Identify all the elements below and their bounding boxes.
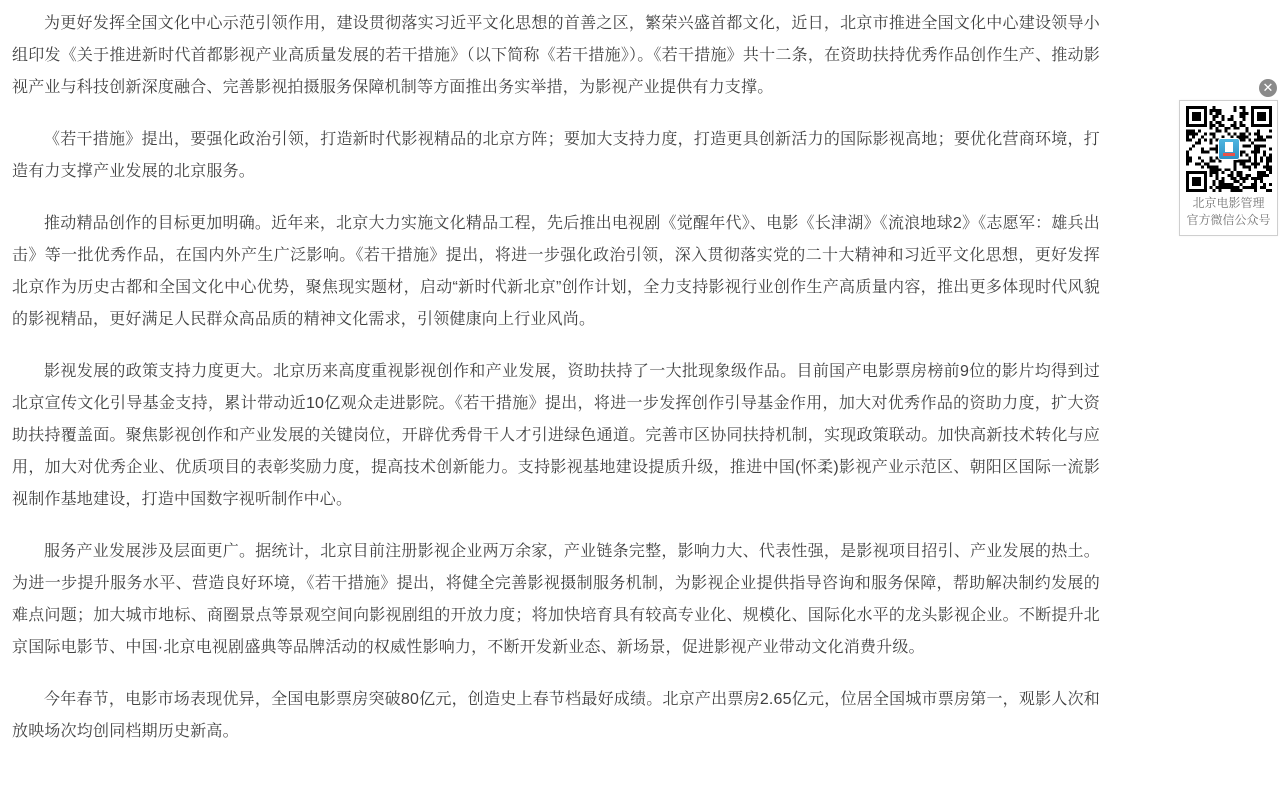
page: 为更好发挥全国文化中心示范引领作用，建设贯彻落实习近平文化思想的首善之区，繁荣兴… — [0, 0, 1280, 786]
qr-widget: 北京电影管理 官方微信公众号 — [1179, 100, 1278, 236]
article-paragraph: 影视发展的政策支持力度更大。北京历来高度重视影视创作和产业发展，资助扶持了一大批… — [12, 356, 1100, 516]
qr-code — [1186, 106, 1272, 192]
article-paragraph: 推动精品创作的目标更加明确。近年来，北京大力实施文化精品工程，先后推出电视剧《觉… — [12, 208, 1100, 336]
article-paragraph: 今年春节，电影市场表现优异，全国电影票房突破80亿元，创造史上春节档最好成绩。北… — [12, 684, 1100, 748]
article-body: 为更好发挥全国文化中心示范引领作用，建设贯彻落实习近平文化思想的首善之区，繁荣兴… — [12, 8, 1100, 768]
qr-caption: 北京电影管理 官方微信公众号 — [1180, 195, 1277, 229]
article-paragraph: 《若干措施》提出，要强化政治引领，打造新时代影视精品的北京方阵；要加大支持力度，… — [12, 124, 1100, 188]
close-icon[interactable]: ✕ — [1259, 79, 1277, 97]
qr-caption-line2: 官方微信公众号 — [1180, 212, 1277, 229]
article-paragraph: 服务产业发展涉及层面更广。据统计，北京目前注册影视企业两万余家，产业链条完整，影… — [12, 536, 1100, 664]
qr-caption-line1: 北京电影管理 — [1180, 195, 1277, 212]
wechat-account-logo — [1218, 138, 1240, 160]
article-paragraph: 为更好发挥全国文化中心示范引领作用，建设贯彻落实习近平文化思想的首善之区，繁荣兴… — [12, 8, 1100, 104]
